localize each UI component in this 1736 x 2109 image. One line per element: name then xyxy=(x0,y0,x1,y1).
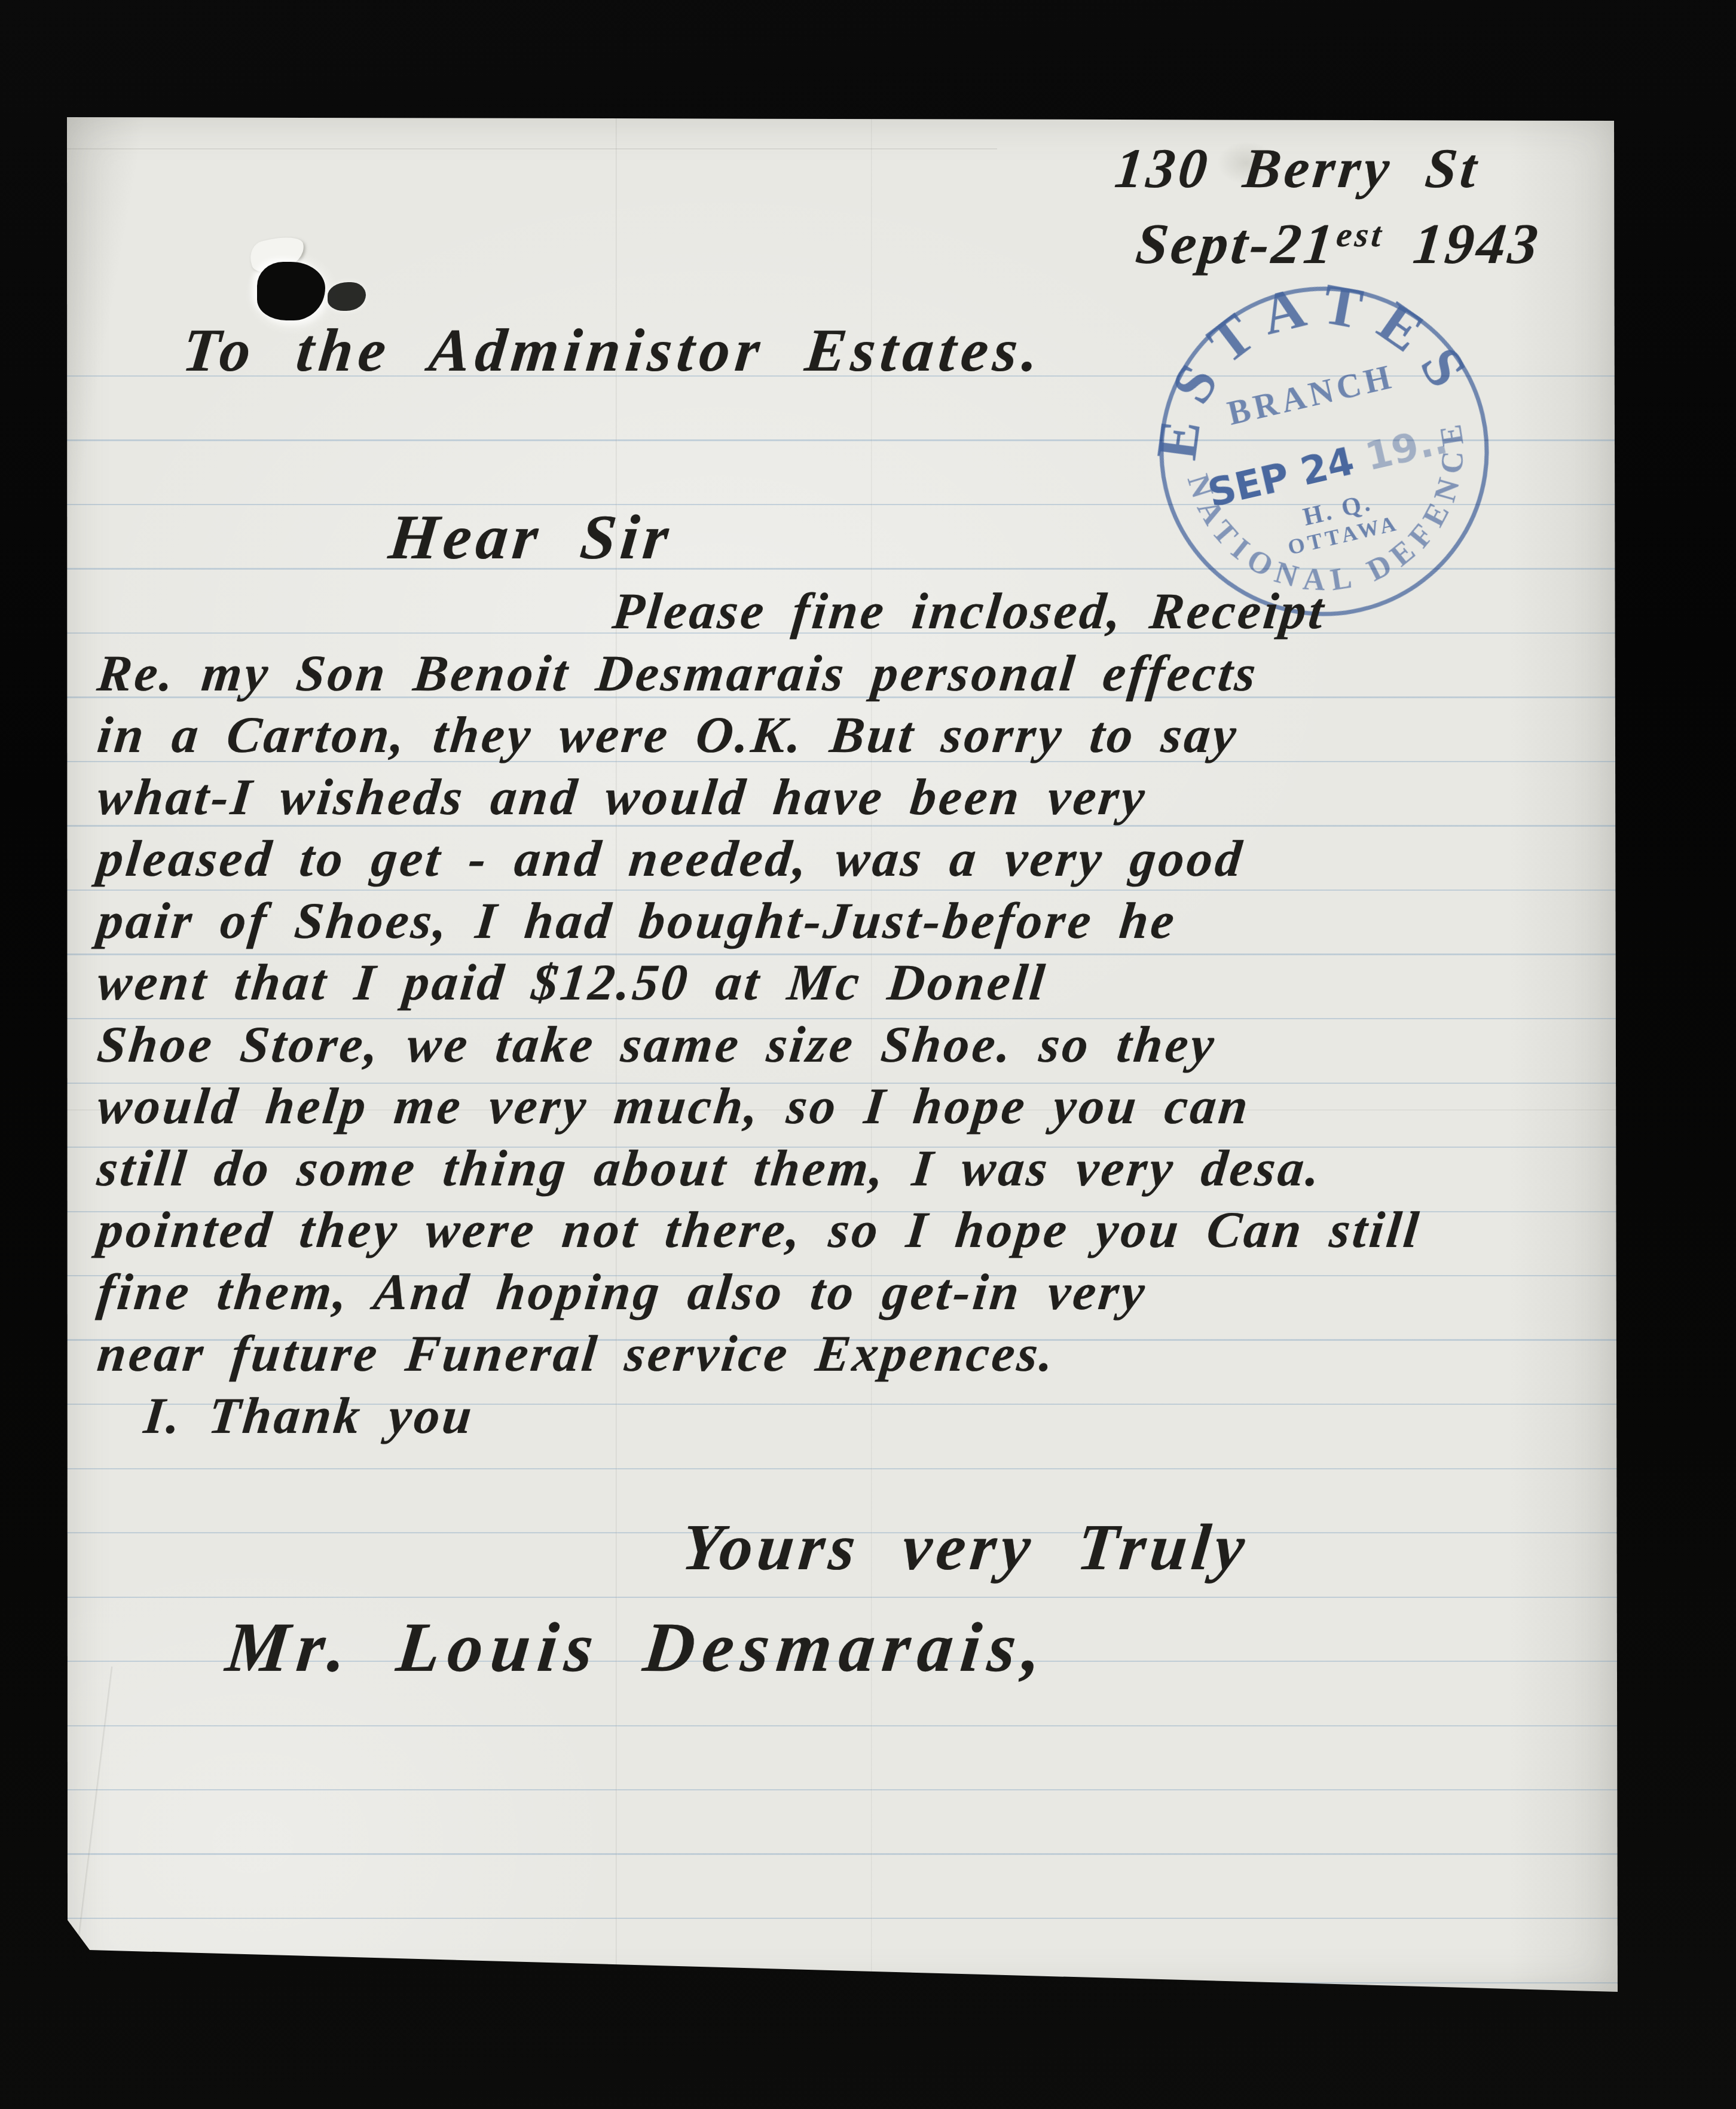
body-line: pair of Shoes, I had bought-Just-before … xyxy=(94,891,1607,953)
signature: Mr. Louis Desmarais, xyxy=(222,1607,1053,1688)
body-line: would help me very much, so I hope you c… xyxy=(94,1076,1607,1138)
paper-hole-small xyxy=(328,282,366,311)
date-year: 1943 xyxy=(1380,212,1544,276)
body-line: Re. my Son Benoit Desmarais personal eff… xyxy=(94,643,1607,705)
body-line: Please fine inclosed, Receipt xyxy=(94,581,1607,643)
thank-you-line: I. Thank you xyxy=(94,1386,1607,1448)
date-day: Sept-21 xyxy=(1133,212,1339,276)
body-line: pointed they were not there, so I hope y… xyxy=(94,1200,1607,1262)
paper-hole xyxy=(257,262,325,320)
body-line: what-I wisheds and would have been very xyxy=(94,767,1607,829)
body-line: near future Funeral service Expences. xyxy=(94,1324,1607,1386)
date-ordinal: est xyxy=(1335,215,1386,254)
letter-paper: ESTATES NATIONAL DEFENCE BRANCH SEP 24 1… xyxy=(67,117,1618,1992)
body-line: in a Carton, they were O.K. But sorry to… xyxy=(94,705,1607,767)
body-line: still do some thing about them, I was ve… xyxy=(94,1138,1607,1200)
body-line: Shoe Store, we take same size Shoe. so t… xyxy=(94,1014,1607,1077)
body-line: pleased to get - and needed, was a very … xyxy=(94,829,1607,891)
stamp-branch-text: BRANCH xyxy=(1224,358,1398,432)
sender-address: 130 Berry St xyxy=(1112,136,1483,201)
letter-body: Please fine inclosed, Receipt Re. my Son… xyxy=(94,581,1601,1447)
photo-background: ESTATES NATIONAL DEFENCE BRANCH SEP 24 1… xyxy=(0,0,1736,2109)
body-line: went that I paid $12.50 at Mc Donell xyxy=(94,952,1607,1014)
top-crease xyxy=(67,148,997,149)
closing-line: Yours very Truly xyxy=(678,1509,1253,1585)
salutation: Hear Sir xyxy=(386,501,677,574)
letter-date: Sept-21est 1943 xyxy=(1133,210,1544,277)
body-line: fine them, And hoping also to get-in ver… xyxy=(94,1262,1607,1324)
